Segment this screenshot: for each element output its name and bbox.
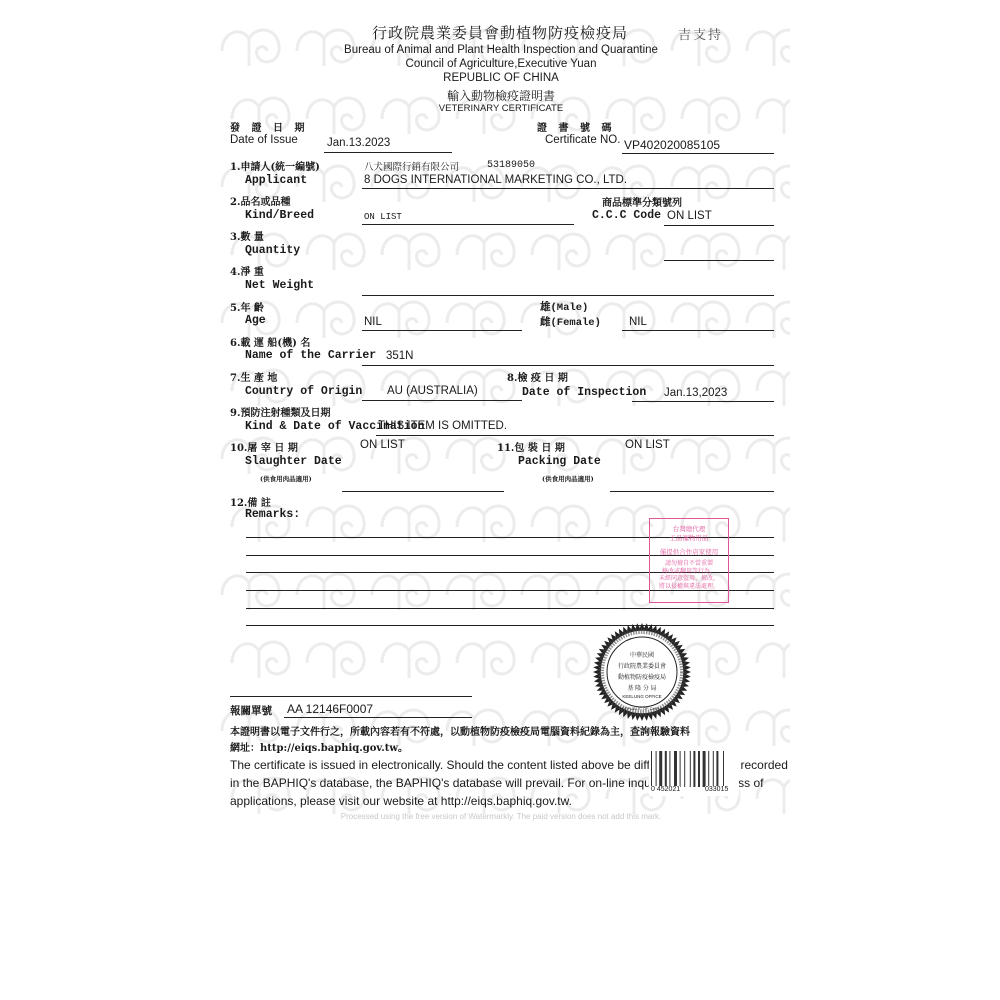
council-name: Council of Agriculture,Executive Yuan — [212, 58, 790, 70]
barcode-left-digits: 0 452021 — [651, 786, 680, 793]
applicant-tax-id: 53189050 — [487, 160, 535, 171]
seal-line-4: 基 隆 分 局 — [592, 683, 692, 692]
slaughter-value: ON LIST — [360, 439, 405, 451]
carrier-label-cn: 6.載 運 船(機) 名 — [230, 334, 310, 349]
declaration-label: 報關單號 — [230, 703, 272, 718]
notice-en-line-3: applications, please visit our website a… — [230, 792, 572, 810]
certificate-page: 行政院農業委員會動植物防疫檢疫局 吉支持 Bureau of Animal an… — [212, 6, 790, 824]
inspection-label-cn: 8.檢 疫 日 期 — [507, 369, 568, 384]
cert-no-value: VP402020085105 — [624, 138, 720, 152]
packing-value: ON LIST — [625, 439, 670, 451]
seal-office: KEELUNG OFFICE — [592, 694, 692, 699]
certificate-title-en: VETERINARY CERTIFICATE — [212, 103, 790, 114]
ccc-value: ON LIST — [667, 210, 712, 222]
barcode: 0 452021 033015 — [649, 751, 739, 796]
applicant-name-en: 8 DOGS INTERNATIONAL MARKETING CO., LTD. — [364, 174, 627, 186]
remark-line — [246, 625, 774, 626]
applicant-name-cn: 八犬國際行銷有限公司 — [364, 159, 459, 173]
origin-label-cn: 7.生 產 地 — [230, 369, 277, 384]
seal-line-3: 動植物防疫檢疫局 — [592, 672, 692, 681]
age-value: NIL — [364, 316, 382, 328]
certificate-title-cn: 輸入動物檢疫證明書 — [212, 87, 790, 104]
stamp-line-7: 將以侵權與違法處理。 — [650, 584, 728, 592]
remark-line — [246, 608, 774, 609]
handwritten-note: 吉支持 — [678, 24, 723, 43]
male-label: 雄(Male) — [540, 299, 588, 314]
stamp-line-2: 王品寵物用品 — [650, 534, 728, 543]
country-name: REPUBLIC OF CHINA — [212, 72, 790, 84]
stamp-line-6: 未經同意盜用、擅改， — [650, 576, 728, 584]
applicant-label-cn: 1.申請人(統一編號) — [230, 158, 320, 173]
carrier-label: Name of the Carrier — [245, 349, 376, 362]
cert-no-label: Certificate NO. — [545, 134, 620, 146]
notice-cn-line-2: 網址：http://eiqs.baphiq.gov.tw。 — [230, 739, 408, 754]
origin-value: AU (AUSTRALIA) — [387, 385, 478, 397]
agency-name-en: Bureau of Animal and Plant Health Inspec… — [212, 44, 790, 56]
stamp-line-5: 修改或翻用等行為， — [650, 569, 728, 577]
seal-country: REPUBLIC OF CHINA — [592, 706, 692, 711]
net-weight-label-cn: 4.淨 重 — [230, 263, 264, 278]
inspection-label: Date of Inspection — [522, 386, 646, 399]
inspection-value: Jan.13,2023 — [664, 387, 727, 399]
barcode-icon — [649, 751, 739, 789]
official-seal: 中華民國 行政院農業委員會 動植物防疫檢疫局 基 隆 分 局 KEELUNG O… — [592, 622, 692, 722]
cert-no-label-cn: 證 書 號 碼 — [537, 119, 615, 134]
slaughter-note: (供食用肉品適用) — [260, 474, 312, 483]
ccc-label: C.C.C Code — [592, 209, 661, 222]
slaughter-label: Slaughter Date — [245, 455, 342, 468]
issue-date-label-cn: 發 證 日 期 — [230, 119, 308, 134]
authorized-agent-stamp: 台灣總代理 王品寵物用品 僅提供合作店家使用 請勿擅自不當重製 修改或翻用等行為… — [649, 518, 729, 603]
vaccination-label-cn: 9.預防注射種類及日期 — [230, 404, 330, 419]
issue-date-label: Date of Issue — [230, 134, 298, 146]
carrier-value: 351N — [386, 350, 414, 362]
packing-note: (供食用肉品適用) — [542, 474, 594, 483]
barcode-right-digits: 033015 — [705, 786, 728, 793]
notice-cn-line-1: 本證明書以電子文件行之，所載內容若有不符處，以動植物防疫檢疫局電腦資料紀錄為主，… — [230, 723, 690, 738]
net-weight-label: Net Weight — [245, 279, 314, 292]
stamp-line-3: 僅提供合作店家使用 — [650, 548, 728, 557]
sex-value: NIL — [629, 316, 647, 328]
kind-label: Kind/Breed — [245, 209, 314, 222]
applicant-label: Applicant — [245, 174, 307, 187]
stamp-line-1: 台灣總代理 — [650, 525, 728, 534]
female-label: 雌(Female) — [540, 314, 601, 329]
seal-line-1: 中華民國 — [592, 650, 692, 659]
vaccination-value: THIS ITEM IS OMITTED. — [378, 420, 507, 432]
stamp-line-4: 請勿擅自不當重製 — [650, 561, 728, 569]
issue-date-value: Jan.13.2023 — [327, 137, 390, 149]
seal-line-2: 行政院農業委員會 — [592, 661, 692, 670]
agency-name-cn: 行政院農業委員會動植物防疫檢疫局 — [372, 22, 628, 43]
age-label-cn: 5.年 齡 — [230, 299, 264, 314]
packing-label: Packing Date — [518, 455, 601, 468]
origin-label: Country of Origin — [245, 385, 362, 398]
ccc-label-cn: 商品標準分類號列 — [602, 194, 682, 209]
declaration-value: AA 12146F0007 — [287, 702, 373, 716]
remarks-label-cn: 12.備 註 — [230, 494, 271, 509]
quantity-label-cn: 3.數 量 — [230, 228, 264, 243]
packing-label-cn: 11.包 裝 日 期 — [497, 439, 565, 454]
age-label: Age — [245, 314, 266, 327]
slaughter-label-cn: 10.屠 宰 日 期 — [230, 439, 298, 454]
quantity-label: Quantity — [245, 244, 300, 257]
remarks-label: Remarks: — [245, 508, 300, 521]
kind-label-cn: 2.品名或品種 — [230, 193, 290, 208]
watermark-notice: Processed using the free version of Wate… — [212, 812, 790, 821]
kind-value: ON LIST — [364, 212, 402, 222]
